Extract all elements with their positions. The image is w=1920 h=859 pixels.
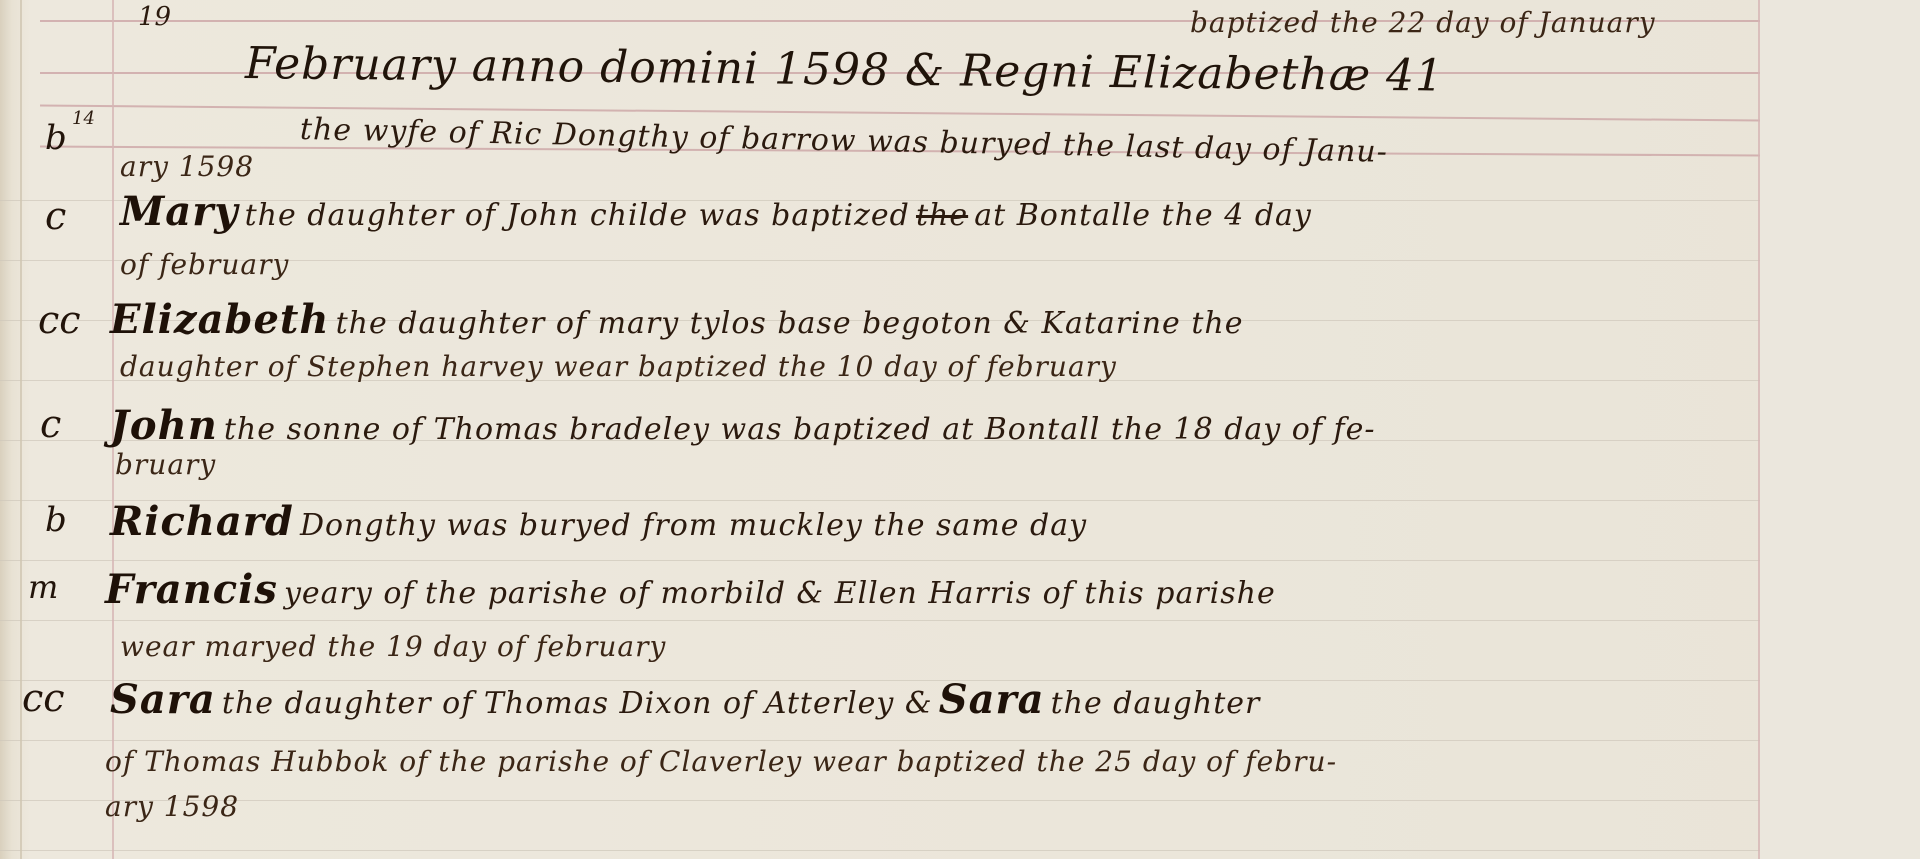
entry-continuation: of february <box>120 248 289 281</box>
entry-text: at Bontalle the 4 day <box>974 198 1312 233</box>
register-entry: Elizabeth the daughter of mary tylos bas… <box>110 296 1243 343</box>
register-entry: Richard Dongthy was buryed from muckley … <box>110 498 1087 545</box>
margin-number: 14 <box>72 108 95 129</box>
register-entry: Mary the daughter of John childe was bap… <box>120 188 1312 235</box>
entry-name: Richard <box>110 498 294 545</box>
right-page-margin <box>1760 0 1920 859</box>
right-margin-rule <box>1758 0 1760 859</box>
entry-continuation: of Thomas Hubbok of the parishe of Clave… <box>105 745 1337 778</box>
margin-mark-burial: b <box>45 500 67 540</box>
entry-text: the daughter of John childe was baptized <box>245 198 910 233</box>
entry-name: Elizabeth <box>110 296 330 343</box>
entry-text: the daughter <box>1051 686 1261 721</box>
previous-entry-fragment: baptized the 22 day of January <box>1190 6 1656 39</box>
entry-name: John <box>110 402 218 449</box>
entry-text: Dongthy was buryed from muckley the same… <box>300 508 1087 543</box>
entry-continuation: ary 1598 <box>120 150 254 183</box>
margin-mark-christening: c <box>40 402 61 446</box>
struck-word: the <box>916 198 968 233</box>
entry-continuation: ary 1598 <box>105 790 239 823</box>
entry-line: the wyfe of Ric Dongthy of barrow was bu… <box>300 112 1389 170</box>
entry-continuation: bruary <box>115 448 216 481</box>
faint-ruled-line <box>0 560 1760 561</box>
entry-name: Mary <box>120 188 239 235</box>
entry-text: yeary of the parishe of morbild & Ellen … <box>284 576 1276 611</box>
register-entry: Francis yeary of the parishe of morbild … <box>105 566 1276 613</box>
margin-mark-burial: b <box>45 118 67 158</box>
margin-mark-marriage: m <box>28 568 58 606</box>
faint-ruled-line <box>0 800 1760 801</box>
entry-continuation: daughter of Stephen harvey wear baptized… <box>120 350 1117 383</box>
red-ruled-line <box>40 104 1760 121</box>
manuscript-page: 19 baptized the 22 day of January Februa… <box>0 0 1920 859</box>
margin-mark-christening: cc <box>22 676 65 720</box>
margin-mark-christening: cc <box>38 298 81 342</box>
entry-name-second: Sara <box>939 676 1045 723</box>
entry-text: the daughter of mary tylos base begoton … <box>336 306 1244 341</box>
entry-text: the sonne of Thomas bradeley was baptize… <box>224 412 1376 447</box>
entry-name: Sara <box>110 676 216 723</box>
entry-name: Francis <box>105 566 278 613</box>
entry-text: the daughter of Thomas Dixon of Atterley… <box>222 686 933 721</box>
margin-mark-christening: c <box>45 194 66 238</box>
faint-ruled-line <box>0 850 1760 851</box>
folio-number: 19 <box>138 2 171 32</box>
register-entry: John the sonne of Thomas bradeley was ba… <box>110 402 1375 449</box>
entry-continuation: wear maryed the 19 day of february <box>120 630 666 663</box>
binding-edge-line <box>20 0 22 859</box>
page-heading: February anno domini 1598 & Regni Elizab… <box>245 38 1445 102</box>
faint-ruled-line <box>0 620 1760 621</box>
register-entry: Sara the daughter of Thomas Dixon of Att… <box>110 676 1260 723</box>
faint-ruled-line <box>0 740 1760 741</box>
